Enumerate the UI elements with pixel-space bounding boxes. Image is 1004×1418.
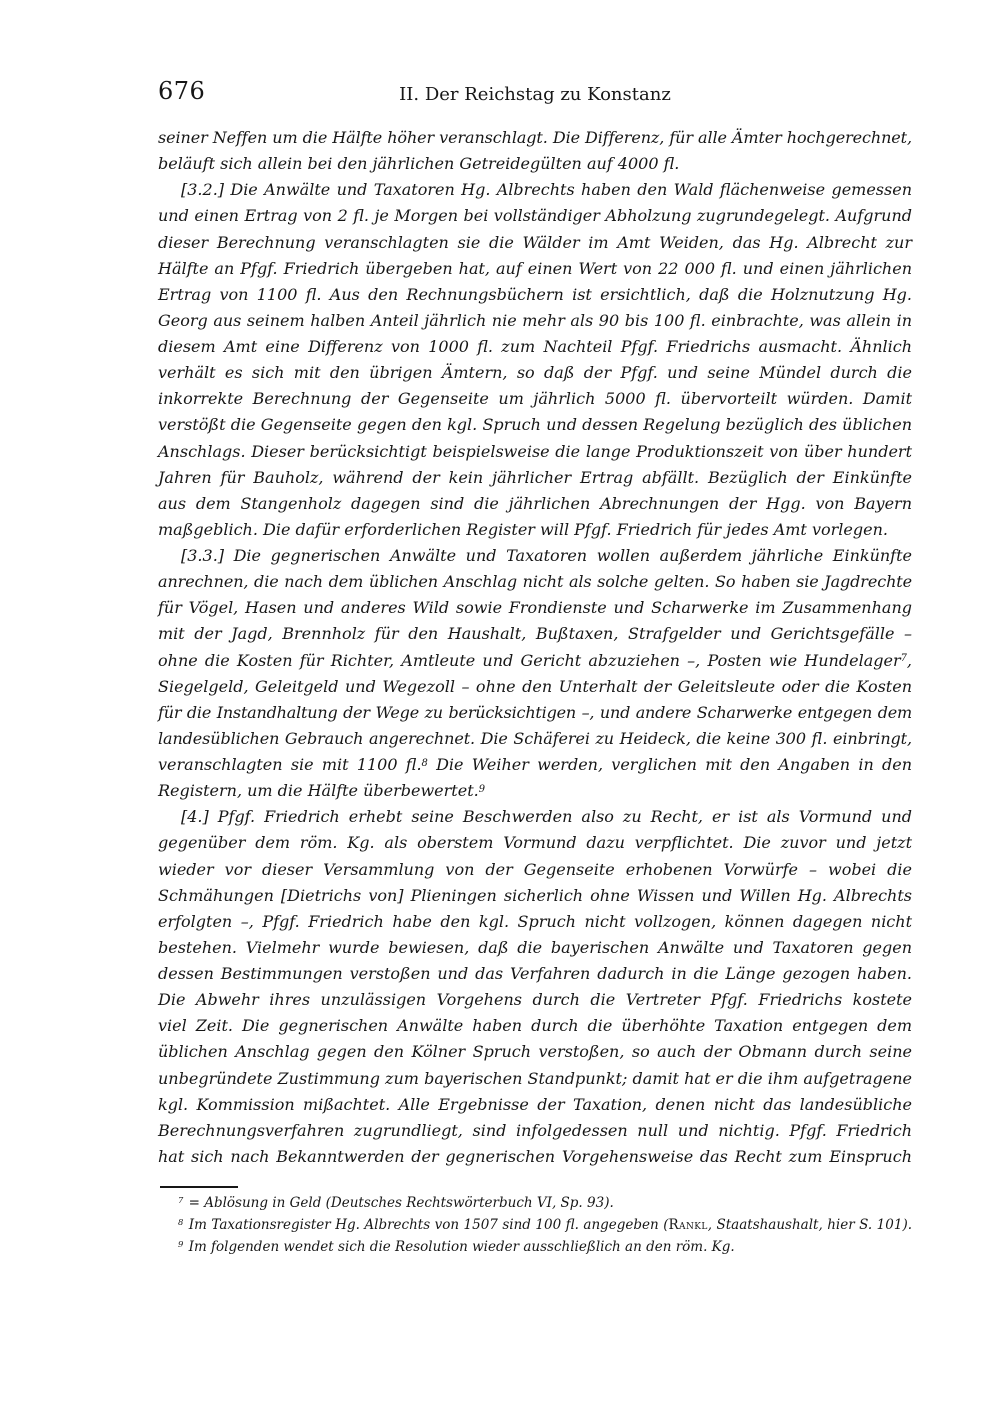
body-line: viel Zeit. Die gegnerischen Anwälte habe…	[158, 1013, 912, 1039]
body-line: [4.] Pfgf. Friedrich erhebt seine Beschw…	[158, 804, 912, 830]
footnote-marker: 8	[178, 1217, 183, 1227]
body-line: landesüblichen Gebrauch angerechnet. Die…	[158, 726, 912, 752]
body-line: kgl. Kommission mißachtet. Alle Ergebnis…	[158, 1092, 912, 1118]
footnote-ref: 7	[901, 653, 907, 664]
body-line: dieser Berechnung veranschlagten sie die…	[158, 230, 912, 256]
body-line: üblichen Anschlag gegen den Kölner Spruc…	[158, 1039, 912, 1065]
text-run: wieder vor dieser Versammlung von der Ge…	[158, 860, 912, 879]
body-line: maßgeblich. Die dafür erforderlichen Reg…	[158, 517, 912, 543]
body-line: Ertrag von 1100 fl. Aus den Rechnungsbüc…	[158, 282, 912, 308]
footnote-block: 7 = Ablösung in Geld (Deutsches Rechtswö…	[158, 1192, 912, 1258]
footnote: 9 Im folgenden wendet sich die Resolutio…	[158, 1236, 912, 1258]
text-run: Ertrag von 1100 fl. Aus den Rechnungsbüc…	[158, 285, 912, 304]
body-line: und einen Ertrag von 2 fl. je Morgen bei…	[158, 203, 912, 229]
text-run: für die Instandhaltung der Wege zu berüc…	[158, 703, 912, 722]
text-run: Hälfte an Pfgf. Friedrich übergeben hat,…	[158, 259, 912, 278]
text-run: inkorrekte Berechnung der Gegenseite um …	[158, 389, 912, 408]
body-line: für die Instandhaltung der Wege zu berüc…	[158, 700, 912, 726]
footnote-ref: 8	[422, 758, 428, 769]
footnote-marker: 7	[178, 1195, 183, 1205]
body-line: verhält es sich mit den übrigen Ämtern, …	[158, 360, 912, 386]
body-line: mit der Jagd, Brennholz für den Haushalt…	[158, 621, 912, 647]
text-run: ohne die Kosten für Richter, Amtleute un…	[158, 651, 901, 670]
footnote: 7 = Ablösung in Geld (Deutsches Rechtswö…	[158, 1192, 912, 1214]
text-run: Registern, um die Hälfte überbewertet.	[158, 781, 479, 800]
text-run: landesüblichen Gebrauch angerechnet. Die…	[158, 729, 912, 748]
body-line: gegenüber dem röm. Kg. als oberstem Vorm…	[158, 830, 912, 856]
footnote-ref: 9	[479, 784, 485, 795]
body-line: inkorrekte Berechnung der Gegenseite um …	[158, 386, 912, 412]
text-run: , Staatshaushalt, hier S. 101).	[708, 1217, 912, 1233]
text-run: diesem Amt eine Differenz von 1000 fl. z…	[158, 337, 912, 356]
running-header: II. Der Reichstag zu Konstanz	[158, 84, 912, 106]
body-line: erfolgten –, Pfgf. Friedrich habe den kg…	[158, 909, 912, 935]
body-line: Anschlags. Dieser berücksichtigt beispie…	[158, 439, 912, 465]
author-name-smallcaps: Rankl	[668, 1217, 707, 1233]
body-line: wieder vor dieser Versammlung von der Ge…	[158, 857, 912, 883]
body-line: beläuft sich allein bei den jährlichen G…	[158, 151, 912, 177]
body-line: diesem Amt eine Differenz von 1000 fl. z…	[158, 334, 912, 360]
footnote-marker: 9	[178, 1239, 183, 1249]
body-line: Registern, um die Hälfte überbewertet.9	[158, 778, 912, 804]
text-run: Im folgenden wendet sich die Resolution …	[184, 1239, 734, 1255]
text-run: Anschlags. Dieser berücksichtigt beispie…	[158, 442, 912, 461]
text-run: Berechnungsverfahren zugrundliegt, sind …	[158, 1121, 912, 1140]
body-line: anrechnen, die nach dem üblichen Anschla…	[158, 569, 912, 595]
body-line: Jahren für Bauholz, während der kein jäh…	[158, 465, 912, 491]
body-line: für Vögel, Hasen und anderes Wild sowie …	[158, 595, 912, 621]
text-run: viel Zeit. Die gegnerischen Anwälte habe…	[158, 1016, 912, 1035]
text-run: veranschlagten sie mit 1100 fl.	[158, 755, 422, 774]
body-line: bestehen. Vielmehr wurde bewiesen, daß d…	[158, 935, 912, 961]
text-run: beläuft sich allein bei den jährlichen G…	[158, 154, 679, 173]
text-run: dieser Berechnung veranschlagten sie die…	[158, 233, 912, 252]
text-run: üblichen Anschlag gegen den Kölner Spruc…	[158, 1042, 912, 1061]
text-run: Schmähungen [Dietrichs von] Plieningen s…	[158, 886, 912, 905]
text-run: [3.2.] Die Anwälte und Taxatoren Hg. Alb…	[181, 180, 912, 199]
text-run: Jahren für Bauholz, während der kein jäh…	[158, 468, 912, 487]
body-line: hat sich nach Bekanntwerden der gegneris…	[158, 1144, 912, 1170]
text-run: erfolgten –, Pfgf. Friedrich habe den kg…	[158, 912, 912, 931]
body-line: Berechnungsverfahren zugrundliegt, sind …	[158, 1118, 912, 1144]
body-line: seiner Neffen um die Hälfte höher verans…	[158, 125, 912, 151]
text-run: anrechnen, die nach dem üblichen Anschla…	[158, 572, 912, 591]
text-run: und einen Ertrag von 2 fl. je Morgen bei…	[158, 206, 912, 225]
body-line: Georg aus seinem halben Anteil jährlich …	[158, 308, 912, 334]
text-run: dessen Bestimmungen verstoßen und das Ve…	[158, 964, 912, 983]
text-run: = Ablösung in Geld (Deutsches Rechtswört…	[184, 1195, 613, 1211]
text-run: Die Abwehr ihres unzulässigen Vorgehens …	[158, 990, 912, 1009]
text-run: Die Weiher werden, verglichen mit den An…	[428, 755, 912, 774]
text-run: Im Taxationsregister Hg. Albrechts von 1…	[184, 1217, 668, 1233]
text-run: bestehen. Vielmehr wurde bewiesen, daß d…	[158, 938, 912, 957]
text-run: ,	[907, 651, 912, 670]
body-line: ohne die Kosten für Richter, Amtleute un…	[158, 648, 912, 674]
body-text-block: seiner Neffen um die Hälfte höher verans…	[158, 125, 912, 1170]
body-line: [3.2.] Die Anwälte und Taxatoren Hg. Alb…	[158, 177, 912, 203]
text-run: hat sich nach Bekanntwerden der gegneris…	[158, 1147, 912, 1166]
body-line: unbegründete Zustimmung zum bayerischen …	[158, 1066, 912, 1092]
text-run: [4.] Pfgf. Friedrich erhebt seine Beschw…	[181, 807, 912, 826]
text-run: verstößt die Gegenseite gegen den kgl. S…	[158, 415, 912, 434]
footnote: 8 Im Taxationsregister Hg. Albrechts von…	[158, 1214, 912, 1236]
body-line: Schmähungen [Dietrichs von] Plieningen s…	[158, 883, 912, 909]
body-line: verstößt die Gegenseite gegen den kgl. S…	[158, 412, 912, 438]
footnote-rule	[160, 1186, 238, 1188]
body-line: dessen Bestimmungen verstoßen und das Ve…	[158, 961, 912, 987]
text-run: gegenüber dem röm. Kg. als oberstem Vorm…	[158, 833, 912, 852]
text-run: für Vögel, Hasen und anderes Wild sowie …	[158, 598, 912, 617]
text-run: aus dem Stangenholz dagegen sind die jäh…	[158, 494, 912, 513]
body-line: veranschlagten sie mit 1100 fl.8 Die Wei…	[158, 752, 912, 778]
text-run: unbegründete Zustimmung zum bayerischen …	[158, 1069, 912, 1088]
text-run: Georg aus seinem halben Anteil jährlich …	[158, 311, 912, 330]
text-run: Siegelgeld, Geleitgeld und Wegezoll – oh…	[158, 677, 912, 696]
body-line: [3.3.] Die gegnerischen Anwälte und Taxa…	[158, 543, 912, 569]
text-run: kgl. Kommission mißachtet. Alle Ergebnis…	[158, 1095, 912, 1114]
text-run: maßgeblich. Die dafür erforderlichen Reg…	[158, 520, 888, 539]
text-run: verhält es sich mit den übrigen Ämtern, …	[158, 363, 912, 382]
body-line: Die Abwehr ihres unzulässigen Vorgehens …	[158, 987, 912, 1013]
book-page: 676 II. Der Reichstag zu Konstanz seiner…	[0, 0, 1004, 1418]
text-run: [3.3.] Die gegnerischen Anwälte und Taxa…	[181, 546, 912, 565]
body-line: Siegelgeld, Geleitgeld und Wegezoll – oh…	[158, 674, 912, 700]
text-run: seiner Neffen um die Hälfte höher verans…	[158, 128, 912, 147]
text-run: mit der Jagd, Brennholz für den Haushalt…	[158, 624, 912, 643]
body-line: aus dem Stangenholz dagegen sind die jäh…	[158, 491, 912, 517]
body-line: Hälfte an Pfgf. Friedrich übergeben hat,…	[158, 256, 912, 282]
